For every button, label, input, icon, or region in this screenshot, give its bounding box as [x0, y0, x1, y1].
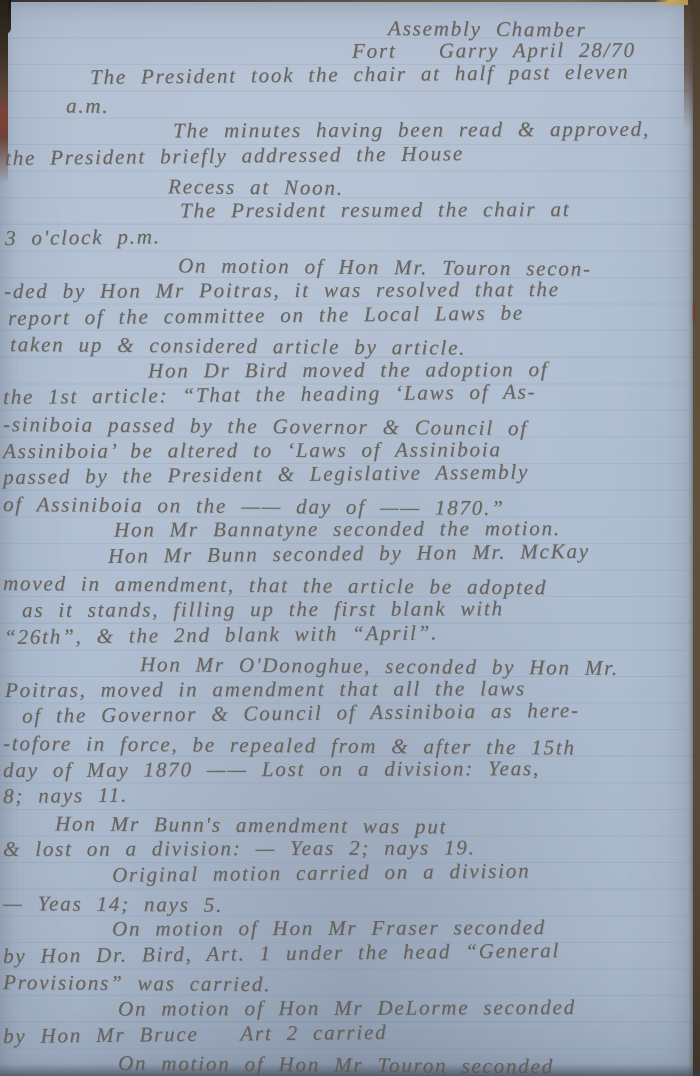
manuscript-text: Assembly ChamberFort Garry April 28/70Th…	[0, 12, 692, 1076]
manuscript-page: Assembly ChamberFort Garry April 28/70Th…	[0, 0, 700, 1076]
manuscript-line: 8; nays 11.	[0, 776, 692, 810]
manuscript-line: the 1st article: “That the heading ‘Laws…	[0, 377, 692, 411]
manuscript-line: passed by the President & Legislative As…	[0, 457, 692, 491]
manuscript-line: of the Governor & Council of Assiniboia …	[0, 696, 692, 730]
page-edge-right	[693, 0, 700, 1076]
page-top-edge	[0, 0, 700, 2]
manuscript-line: On motion of Hon Mr Touron seconded	[0, 1049, 692, 1076]
manuscript-line: The President took the chair at half pas…	[0, 58, 692, 92]
